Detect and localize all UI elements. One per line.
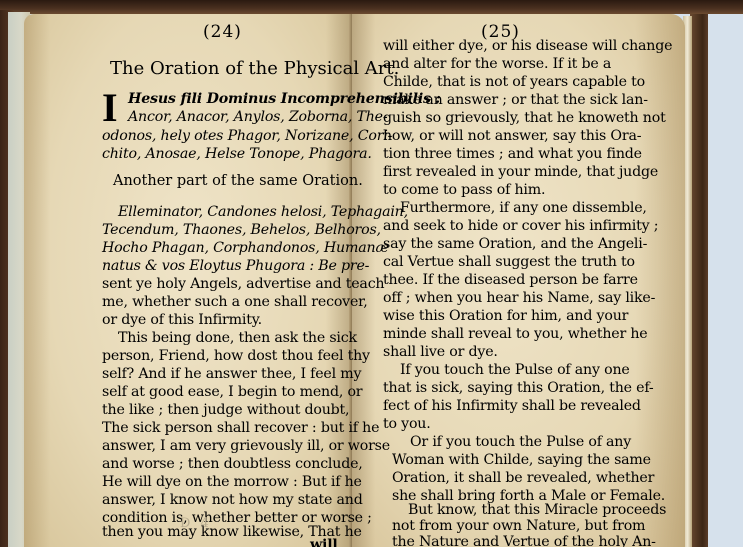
left-page-subheading: Another part of the same Oration. (113, 173, 363, 189)
left-catchword: will (310, 536, 338, 547)
text-line: say the same Oration, and the Angeli- (383, 235, 647, 253)
text-line: answer, I am very grievously ill, or wor… (102, 437, 390, 455)
text-line: answer, I know not how my state and (102, 491, 363, 509)
text-line: The sick person shall recover : but if h… (102, 419, 379, 437)
text-line: Childe, that is not of years capable to (383, 73, 645, 91)
text-line: Oration, it shall be revealed, whether (392, 469, 654, 487)
incantation-line: odonos, hely otes Phagor, Norizane, Cori… (102, 127, 392, 145)
text-line: sent ye holy Angels, advertise and teach (102, 275, 384, 293)
text-line: He will dye on the morrow : But if he (102, 473, 362, 491)
book-cover-top (0, 0, 743, 14)
text-line: to come to pass of him. (383, 181, 545, 199)
text-line: self? And if he answer thee, I feel my (102, 365, 361, 383)
text-line: shall live or dye. (383, 343, 498, 361)
text-line: make an answer ; or that the sick lan- (383, 91, 648, 109)
text-line: person, Friend, how dost thou feel thy (102, 347, 370, 365)
text-line: the Nature and Vertue of the holy An- (392, 533, 656, 547)
drop-cap: I (102, 88, 118, 128)
text-line: Tecendum, Thaones, Behelos, Belhoros, (102, 221, 381, 239)
text-line: Woman with Childe, saying the same (392, 451, 651, 469)
text-line: and alter for the worse. If it be a (383, 55, 611, 73)
text-line: This being done, then ask the sick (118, 329, 357, 347)
text-line: Or if you touch the Pulse of any (410, 433, 631, 451)
text-line: If you touch the Pulse of any one (400, 361, 630, 379)
text-line: that is sick, saying this Oration, the e… (383, 379, 654, 397)
text-line: fect of his Infirmity shall be revealed (383, 397, 641, 415)
signature-mark: D 4 (180, 516, 212, 531)
text-line: first revealed in your minde, that judge (383, 163, 658, 181)
text-line: natus & vos Eloytus Phugora : Be pre- (102, 257, 369, 275)
text-line: the like ; then judge without doubt, (102, 401, 349, 419)
text-line: wise this Oration for him, and your (383, 307, 628, 325)
text-line: how, or will not answer, say this Ora- (383, 127, 641, 145)
text-line: to you. (383, 415, 431, 433)
text-line: Elleminator, Candones helosi, Tephagain, (118, 203, 408, 221)
text-line: self at good ease, I begin to mend, or (102, 383, 362, 401)
text-line: or dye of this Infirmity. (102, 311, 262, 329)
text-line: off ; when you hear his Name, say like- (383, 289, 655, 307)
text-line: tion three times ; and what you finde (383, 145, 642, 163)
text-line: thee. If the diseased person be farre (383, 271, 638, 289)
left-page-heading: The Oration of the Physical Art. (110, 58, 399, 79)
incantation-line: chito, Anosae, Helse Tonope, Phagora. (102, 145, 372, 163)
text-line: guish so grievously, that he knoweth not (383, 109, 666, 127)
text-line: and worse ; then doubtless conclude, (102, 455, 363, 473)
incantation-line: Hesus fili Dominus Incomprehensibilis : (128, 90, 340, 108)
text-line: Furthermore, if any one dissemble, (400, 199, 647, 217)
text-line: and seek to hide or cover his infirmity … (383, 217, 658, 235)
book-cover-right (690, 14, 708, 547)
text-line: Hocho Phagan, Corphandonos, Humanæ (102, 239, 389, 257)
text-line: cal Vertue shall suggest the truth to (383, 253, 635, 271)
left-page-number: (24) (203, 22, 242, 42)
text-line: will either dye, or his disease will cha… (383, 37, 672, 55)
text-line: me, whether such a one shall recover, (102, 293, 368, 311)
text-line: minde shall reveal to you, whether he (383, 325, 647, 343)
incantation-line: Ancor, Anacor, Anylos, Zoborna, The- (128, 108, 340, 126)
